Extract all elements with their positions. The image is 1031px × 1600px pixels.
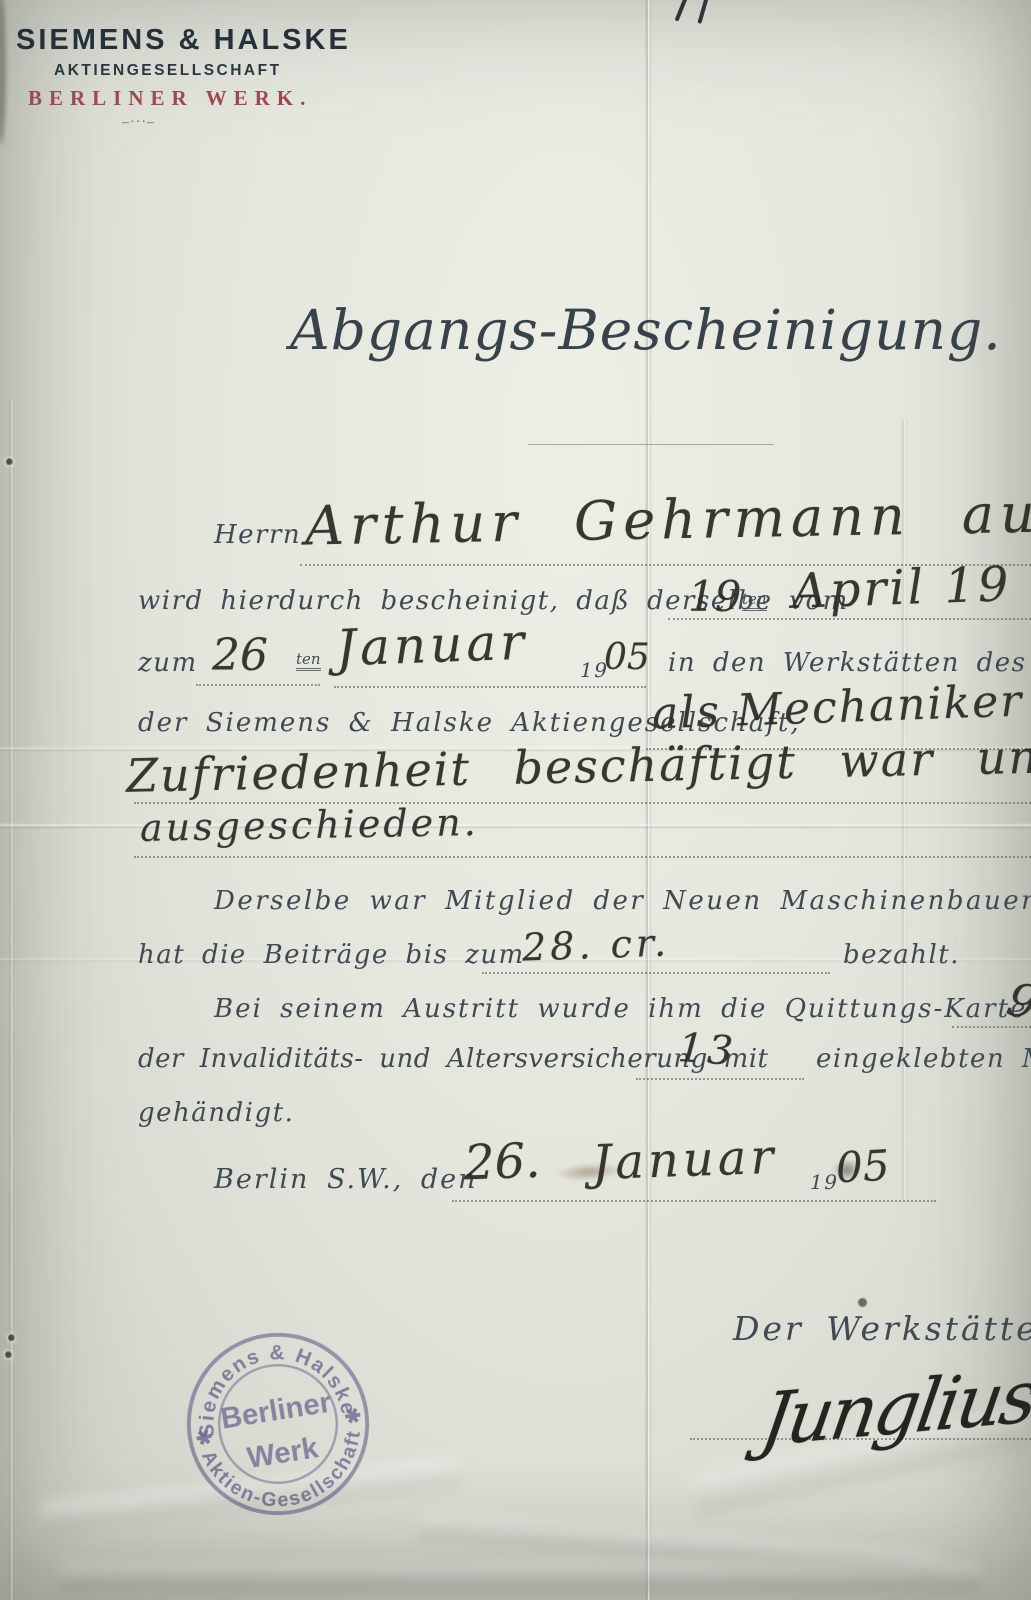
fill-line-to-month — [334, 686, 646, 688]
fill-line-to-day — [196, 684, 320, 686]
corner-shadow-top-left — [0, 0, 6, 144]
karte-line-1: Bei seinem Austritt wurde ihm die Quittu… — [214, 996, 1031, 1022]
kasse-line-2a: hat die Beiträge bis zum — [138, 942, 525, 968]
pin-hole-upper — [6, 458, 13, 466]
handwritten-date-day: 26. — [463, 1137, 541, 1188]
letterhead-company: SIEMENS & HALSKE — [16, 26, 351, 55]
handwritten-to-month: Januar — [335, 617, 529, 674]
stamp-center-line-2: Werk — [245, 1431, 321, 1475]
closing-role: Der Werkstätten-V — [733, 1312, 1031, 1345]
title-rule — [528, 444, 774, 445]
ink-fleck — [858, 1298, 867, 1307]
handwritten-from-day: 19 — [688, 576, 741, 618]
vertical-fold-crease — [645, 0, 652, 1600]
handwritten-date-year: 05 — [835, 1145, 891, 1190]
handwritten-name: Arthur Gehrmann aus A — [305, 484, 1031, 553]
fill-line-6 — [134, 856, 1031, 858]
karte-line-2b: eingeklebten Ma — [816, 1046, 1031, 1072]
letterhead-division: BERLINER WERK. — [28, 88, 312, 109]
vertical-crease-left-edge — [8, 400, 15, 1600]
fill-line-paid-until — [482, 972, 830, 974]
pen-stroke-top-2 — [697, 0, 710, 24]
stamp-graphic: Siemens & Halske ✱ Aktien-Gesellschaft ✱… — [166, 1312, 390, 1536]
handwritten-karte-no: 9 — [1003, 975, 1031, 1027]
handwritten-date-month: Januar — [591, 1133, 778, 1187]
ordinal-suffix-1: ten — [742, 592, 767, 611]
body-line-3-zum: zum — [138, 650, 198, 676]
karte-line-2a: der Invaliditäts- und Altersversicherung… — [138, 1046, 769, 1072]
body-line-3-rest: in den Werkstätten des Berli — [668, 650, 1031, 676]
letterhead-subtitle: AKTIENGESELLSCHAFT — [54, 63, 282, 79]
dateline-printed: Berlin S.W., den — [214, 1166, 478, 1193]
pin-hole-lower-2 — [5, 1351, 12, 1359]
scanned-document-page: SIEMENS & HALSKE AKTIENGESELLSCHAFT BERL… — [0, 0, 1031, 1600]
handwritten-line-6: ausgeschieden. — [140, 803, 479, 847]
fill-line-stamps-count — [636, 1078, 804, 1080]
stamp-center-line-1: Berliner — [218, 1386, 333, 1436]
handwritten-stamps-count: 13 — [677, 1028, 739, 1072]
pen-stroke-top-1 — [675, 0, 690, 22]
handwritten-to-day: 26 — [212, 634, 268, 678]
dateline-year-prefix: 19 — [810, 1172, 838, 1192]
ordinal-suffix-2: ten — [296, 652, 321, 671]
pin-hole-lower-1 — [8, 1334, 15, 1342]
document-title: Abgangs-Bescheinigung. — [290, 303, 990, 358]
handwritten-year-suffix: 05 — [604, 640, 650, 676]
fill-line-date — [452, 1200, 936, 1202]
company-stamp: Siemens & Halske ✱ Aktien-Gesellschaft ✱… — [166, 1312, 390, 1536]
handwritten-paid-until: 28. cr. — [521, 923, 670, 966]
kasse-line-1: Derselbe war Mitglied der Neuen Maschine… — [214, 888, 1031, 914]
karte-line-3: gehändigt. — [138, 1100, 294, 1126]
signature: Junglius — [757, 1359, 1031, 1456]
handwritten-line-5: Zufriedenheit beschäftigt war und fo — [126, 731, 1031, 799]
salutation-label: Herrn — [214, 522, 301, 548]
handwritten-position: als Mechaniker — [651, 680, 1024, 737]
handwritten-from-month-year: April 19 — [791, 560, 1012, 616]
paper-wrinkle — [60, 1562, 980, 1592]
kasse-line-2b: bezahlt. — [843, 942, 960, 968]
letterhead-ornament: –···– — [122, 116, 155, 130]
